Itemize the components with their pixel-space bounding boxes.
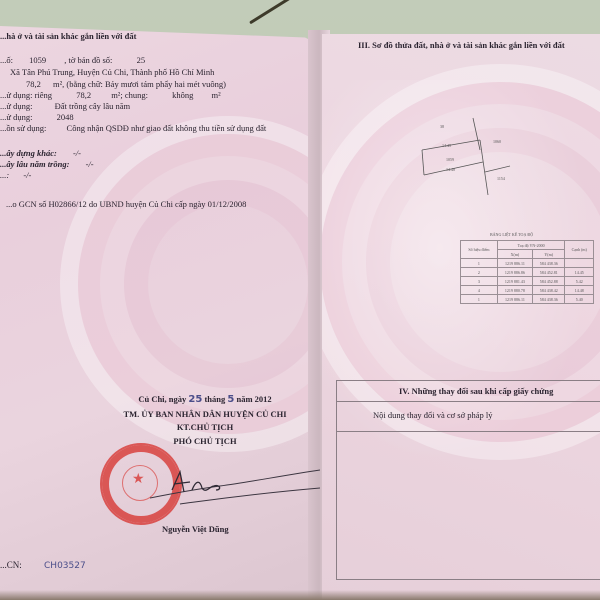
field-usage-term: ...ử dụng: 2048 (0, 113, 74, 122)
issuing-authority: TM. ỦY BAN NHÂN DÂN HUYỆN CỦ CHI (100, 410, 310, 419)
coord-table-row: 21219 886.86584 452.8114.45 (461, 268, 594, 277)
field-address: Xã Tân Phú Trung, Huyện Củ Chi, Thành ph… (10, 68, 214, 77)
replacement-note: ...o GCN số H02866/12 do UBND huyện Củ C… (6, 200, 246, 209)
field-usage-origin: ...ồn sử dụng: Công nhận QSDĐ như giao đ… (0, 124, 266, 133)
item-other-construction: ...ây dựng khác: -/- (0, 149, 81, 158)
desk-edge (0, 590, 600, 600)
signature (150, 460, 320, 510)
changes-after-issuance-table: IV. Những thay đổi sau khi cấp giấy chứn… (336, 380, 600, 580)
neighbor-label: 1154 (497, 176, 505, 181)
changes-column-row: Nội dung thay đổi và cơ sở pháp lý (337, 401, 600, 432)
left-section-header: ...hà ở và tài sản khác gắn liền với đất (0, 32, 136, 41)
changes-column-label: Nội dung thay đổi và cơ sở pháp lý (373, 411, 492, 420)
kt-line: KT.CHỦ TỊCH (100, 423, 310, 432)
changes-header-row: IV. Những thay đổi sau khi cấp giấy chứn… (337, 381, 600, 402)
edge-label: 14.45 (442, 143, 451, 148)
signer-name: Nguyễn Việt Dũng (162, 525, 229, 534)
neighbor-label: 1060 (493, 139, 501, 144)
coord-table-row: 11219 886.11584 438.365.40 (461, 295, 594, 304)
field-area: 78,2 m², (bằng chữ: Bảy mươi tám phẩy ha… (26, 80, 226, 89)
field-parcel-number: ...ố: 1059 , tờ bản đồ số: 25 (0, 56, 145, 65)
coordinate-table: Số hiệu điểm Toạ độ VN-2000 Cạnh (m) X(m… (460, 240, 594, 304)
place-date-line: Củ Chi, ngày 25 tháng 5 năm 2012 (110, 395, 300, 405)
item-notes: ...: -/- (0, 171, 31, 180)
coord-table-row: 11219 886.11584 438.36 (461, 259, 594, 268)
coord-table-row: 31219 881.43584 452.885.42 (461, 277, 594, 286)
coord-table-caption: BẢNG LIỆT KÊ TOẠ ĐỘ (490, 232, 533, 237)
star-icon: ★ (132, 471, 145, 488)
right-section-header: III. Sơ đồ thửa đất, nhà ở và tài sản kh… (358, 41, 565, 50)
edge-label: 14.48 (446, 167, 455, 172)
serial-number: ...CN: CH03527 (0, 561, 86, 571)
parcel-label: 1059 (446, 157, 454, 162)
coord-table-row: 41219 880.78584 438.4214.48 (461, 286, 594, 295)
field-land-purpose: ...ử dụng: Đất trồng cây lâu năm (0, 102, 130, 111)
neighbor-label: 38 (440, 124, 444, 129)
field-usage-form: ...ử dụng: riêng 78,2 m²; chung: không m… (0, 91, 221, 100)
changes-section-header: IV. Những thay đổi sau khi cấp giấy chứn… (399, 387, 553, 396)
parcel-sketch-diagram: 38 1060 1154 1059 14.45 14.48 (400, 110, 540, 210)
item-perennial-trees: ...ây lâu năm trồng: -/- (0, 160, 94, 169)
